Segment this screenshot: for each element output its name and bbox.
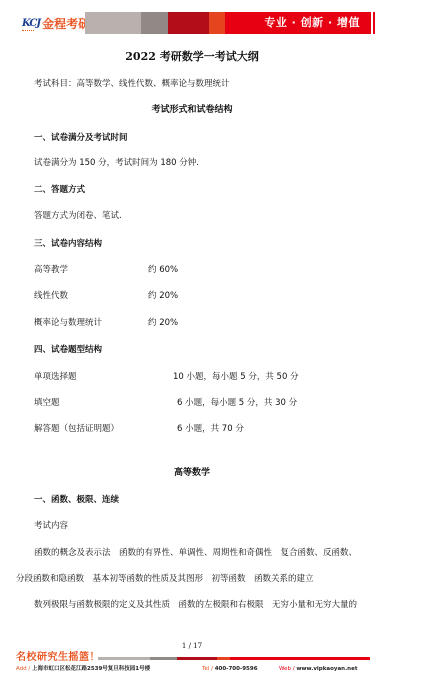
- tel-value: 400-700-9596: [215, 666, 258, 672]
- address-value: 上海市虹口区松花江路2539号复旦科技园1号楼: [32, 666, 150, 672]
- footer-bar-gray-light: [98, 657, 150, 660]
- page-number: 1 / 17: [0, 641, 384, 651]
- chapter-subheading: 考试内容: [34, 520, 68, 532]
- content-row-label: 概率论与数理统计: [34, 317, 102, 329]
- footer-web: Web / www.vipkaoyan.net: [279, 664, 357, 674]
- content-row-label: 高等教学: [34, 264, 68, 276]
- tel-label: Tel /: [202, 666, 213, 672]
- footer-bar-red-dark: [177, 657, 217, 660]
- footer-bar-gray-dark: [150, 657, 177, 660]
- footer-bar-red: [230, 657, 370, 660]
- section-heading-3: 三、试卷内容结构: [34, 238, 102, 250]
- section-heading-2: 二、答题方式: [34, 184, 85, 196]
- content-row-label: 线性代数: [34, 290, 68, 302]
- part-heading-exam-format: 考试形式和试卷结构: [0, 104, 384, 116]
- content-row-value: 约 20%: [148, 317, 178, 329]
- question-type-value: 10 小题，每小题 5 分，共 50 分: [173, 371, 299, 383]
- content-row-value: 约 20%: [148, 290, 178, 302]
- footer-address: Add / 上海市虹口区松花江路2539号复旦科技园1号楼: [16, 664, 150, 674]
- section-text-1: 试卷满分为 150 分，考试时间为 180 分钟.: [34, 157, 199, 169]
- chapter-heading-1: 一、函数、极限、连续: [34, 494, 119, 506]
- footer-bar-orange: [217, 657, 230, 660]
- document-page: KCJ 金程考研 专业 · 创新 · 增值 2022 考研数学一考试大纲 考试科…: [0, 0, 422, 683]
- web-label: Web /: [279, 666, 295, 672]
- question-type-label: 解答题（包括证明题）: [34, 423, 119, 435]
- subject-line: 考试科目：高等数学、线性代数、概率论与数理统计: [34, 78, 230, 90]
- footer-tel: Tel / 400-700-9596: [202, 664, 258, 674]
- content-row-value: 约 60%: [148, 264, 178, 276]
- part-heading-advanced-math: 高等数学: [0, 467, 384, 479]
- chapter-paragraph-line: 分段函数和隐函数 基本初等函数的性质及其图形 初等函数 函数关系的建立: [16, 573, 314, 585]
- footer-slogan: 名校研究生摇篮！: [16, 652, 100, 664]
- section-heading-4: 四、试卷题型结构: [34, 344, 102, 356]
- document-body: 2022 考研数学一考试大纲 考试科目：高等数学、线性代数、概率论与数理统计 考…: [0, 0, 422, 683]
- chapter-paragraph-line: 函数的概念及表示法 函数的有界性、单调性、周期性和奇偶性 复合函数、反函数、: [34, 547, 357, 559]
- question-type-value: 6 小题，每小题 5 分，共 30 分: [177, 397, 297, 409]
- section-heading-1: 一、试卷满分及考试时间: [34, 132, 128, 144]
- section-text-2: 答题方式为闭卷、笔试.: [34, 210, 122, 222]
- footer-contact-info: Add / 上海市虹口区松花江路2539号复旦科技园1号楼 Tel / 400-…: [16, 664, 376, 674]
- question-type-label: 单项选择题: [34, 371, 77, 383]
- address-label: Add /: [16, 666, 30, 672]
- question-type-label: 填空题: [34, 397, 60, 409]
- question-type-value: 6 小题，共 70 分: [177, 423, 244, 435]
- web-link[interactable]: www.vipkaoyan.net: [296, 666, 357, 672]
- chapter-paragraph-line: 数列极限与函数极限的定义及其性质 函数的左极限和右极限 无穷小量和无穷大量的: [34, 599, 357, 611]
- document-title: 2022 考研数学一考试大纲: [0, 50, 384, 64]
